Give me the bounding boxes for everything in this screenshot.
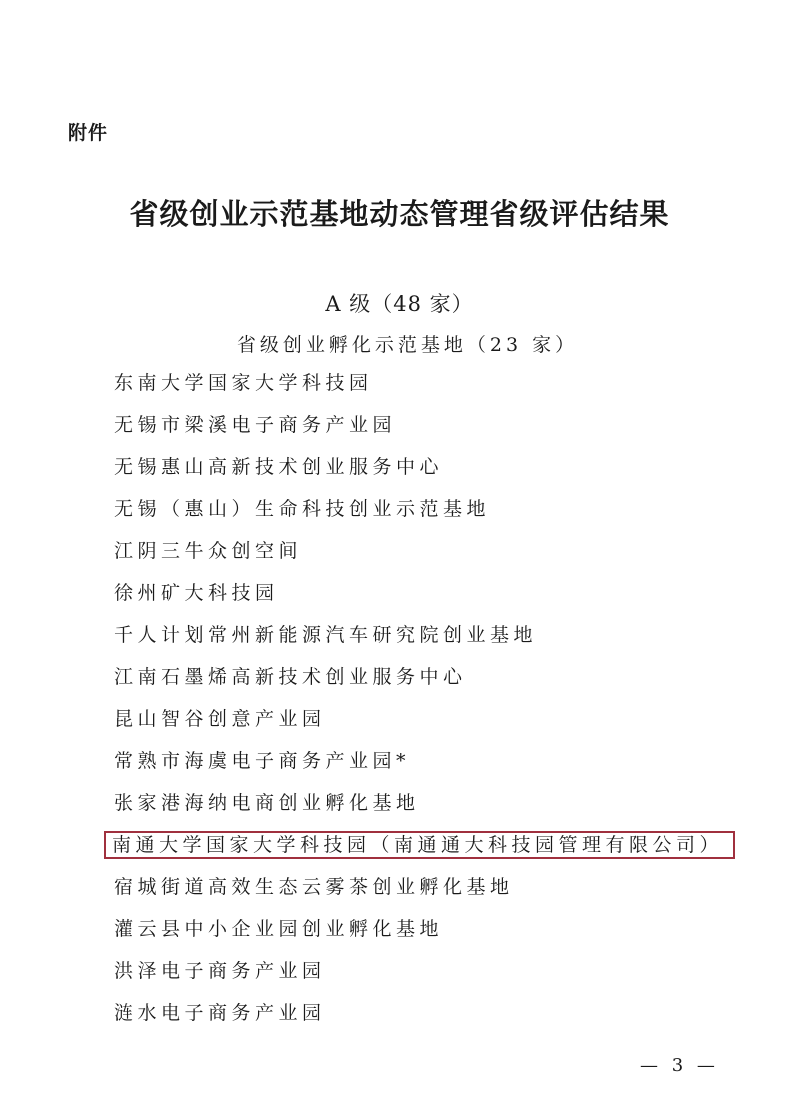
document-title: 省级创业示范基地动态管理省级评估结果 xyxy=(0,192,799,233)
list-item: 徐州矿大科技园 xyxy=(114,572,733,614)
list-item: 无锡惠山高新技术创业服务中心 xyxy=(114,446,733,488)
list-item: 东南大学国家大学科技园 xyxy=(114,362,733,404)
list-item: 张家港海纳电商创业孵化基地 xyxy=(114,782,733,824)
list-item: 江南石墨烯高新技术创业服务中心 xyxy=(114,656,733,698)
list-item: 洪泽电子商务产业园 xyxy=(114,950,733,992)
highlighted-list-item: 南通大学国家大学科技园（南通通大科技园管理有限公司） xyxy=(114,824,733,866)
list-item: 江阴三牛众创空间 xyxy=(114,530,733,572)
list-item: 灌云县中小企业园创业孵化基地 xyxy=(114,908,733,950)
base-list: 东南大学国家大学科技园 无锡市梁溪电子商务产业园 无锡惠山高新技术创业服务中心 … xyxy=(114,362,733,1034)
page-number: — 3 — xyxy=(640,1055,719,1076)
list-item: 常熟市海虞电子商务产业园* xyxy=(114,740,733,782)
list-item: 无锡市梁溪电子商务产业园 xyxy=(114,404,733,446)
grade-heading: A 级（48 家） xyxy=(0,288,799,318)
list-item: 千人计划常州新能源汽车研究院创业基地 xyxy=(114,614,733,656)
list-item: 无锡（惠山）生命科技创业示范基地 xyxy=(114,488,733,530)
list-item: 宿城街道高效生态云雾茶创业孵化基地 xyxy=(114,866,733,908)
list-item: 昆山智谷创意产业园 xyxy=(114,698,733,740)
list-item: 涟水电子商务产业园 xyxy=(114,992,733,1034)
section-heading: 省级创业孵化示范基地（23 家） xyxy=(0,330,799,357)
highlight-box: 南通大学国家大学科技园（南通通大科技园管理有限公司） xyxy=(106,833,733,857)
attachment-label: 附件 xyxy=(68,118,108,145)
